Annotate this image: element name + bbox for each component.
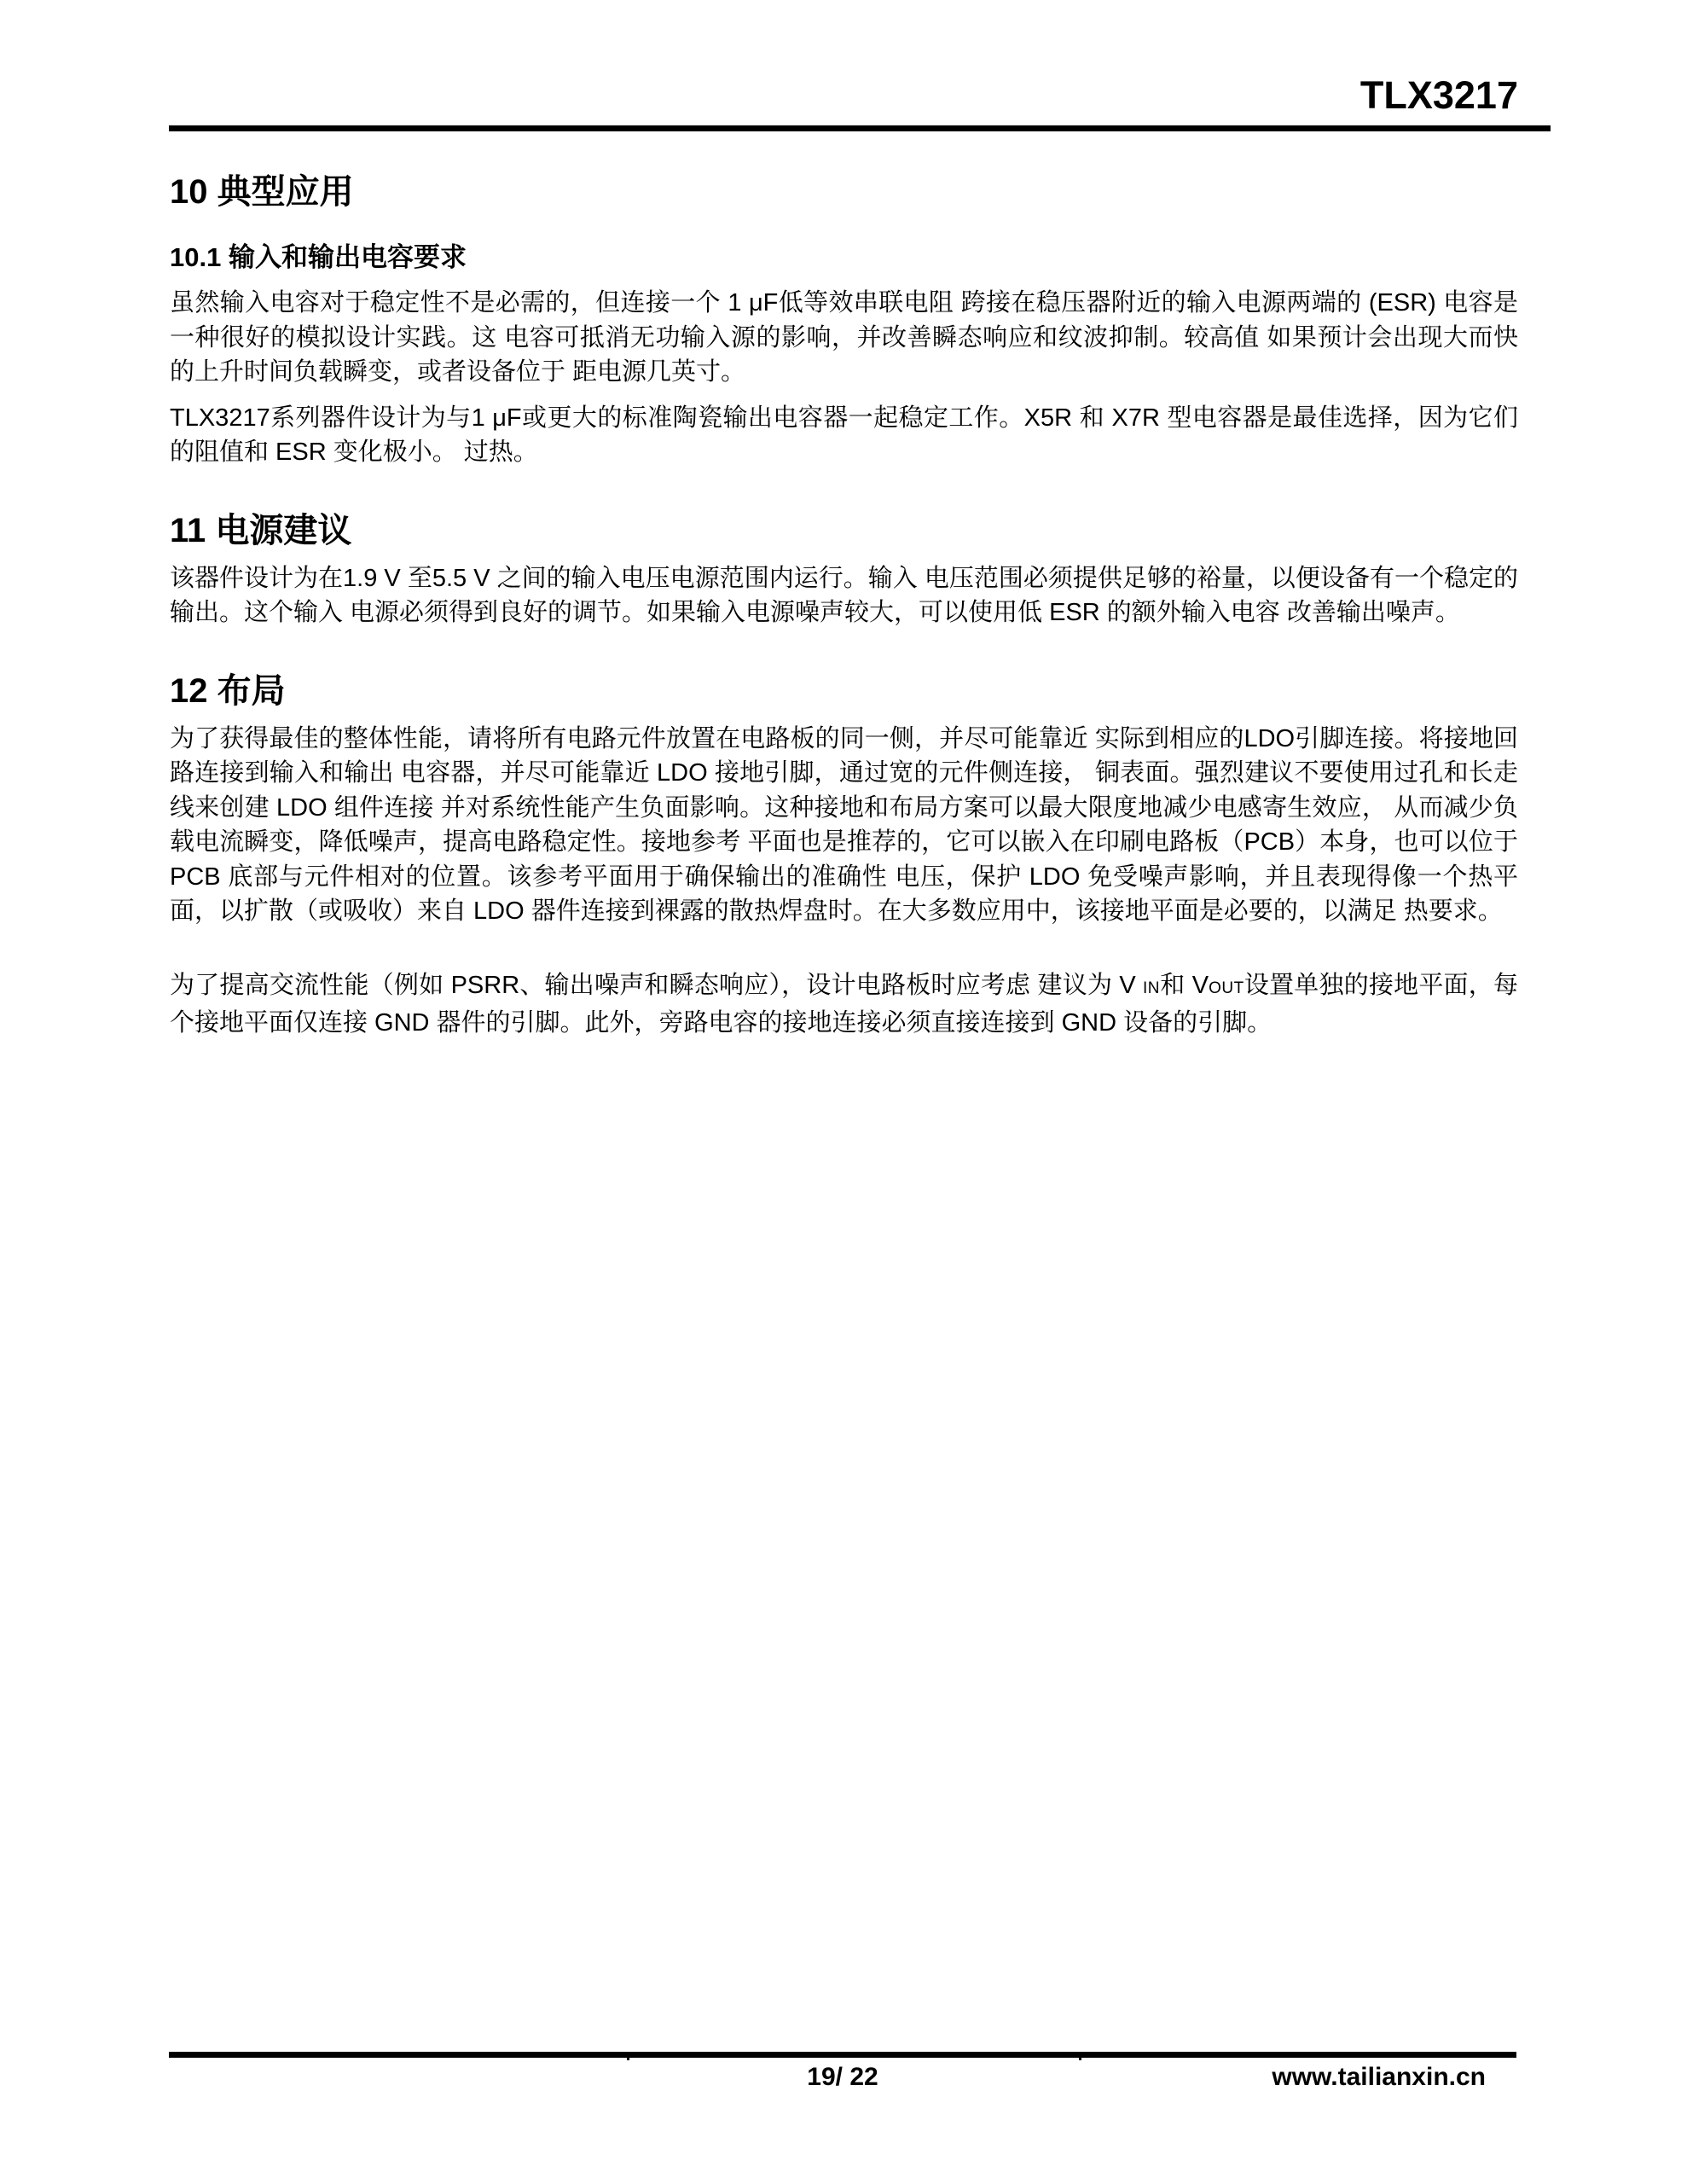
section-12-paragraph-1: 为了获得最佳的整体性能，请将所有电路元件放置在电路板的同一侧，并尽可能靠近 实际… (170, 722, 1518, 929)
header-rule (169, 125, 1551, 131)
footer-rule (169, 2052, 1516, 2058)
header-part-number: TLX3217 (170, 0, 1518, 116)
page-footer: 19/ 22 www.tailianxin.cn (0, 2052, 1687, 2095)
paragraph-text: 为了提高交流性能（例如 PSRR、输出噪声和瞬态响应），设计电路板时应考虑 建议… (170, 972, 1143, 999)
vin-subscript: IN (1143, 979, 1160, 997)
section-10-heading: 10 典型应用 (170, 172, 1518, 212)
footer-row: 19/ 22 www.tailianxin.cn (169, 2058, 1516, 2095)
section-11-heading: 11 电源建议 (170, 511, 1518, 550)
section-10-1-paragraph-1: 虽然输入电容对于稳定性不是必需的，但连接一个 1 μF低等效串联电阻 跨接在稳压… (170, 286, 1518, 390)
vout-subscript: OUT (1209, 979, 1244, 997)
section-12-paragraph-2: 为了提高交流性能（例如 PSRR、输出噪声和瞬态响应），设计电路板时应考虑 建议… (170, 968, 1518, 1041)
section-11-paragraph-1: 该器件设计为在1.9 V 至5.5 V 之间的输入电压电源范围内运行。输入 电压… (170, 561, 1518, 630)
page-content: 10 典型应用 10.1 输入和输出电容要求 虽然输入电容对于稳定性不是必需的，… (170, 172, 1518, 1041)
paragraph-text: 和 V (1160, 972, 1209, 999)
datasheet-page: TLX3217 10 典型应用 10.1 输入和输出电容要求 虽然输入电容对于稳… (0, 0, 1687, 2184)
section-10-1-paragraph-2: TLX3217系列器件设计为与1 μF或更大的标准陶瓷输出电容器一起稳定工作。X… (170, 401, 1518, 470)
website-text: www.tailianxin.cn (1272, 2063, 1486, 2092)
section-12-heading: 12 布局 (170, 671, 1518, 711)
section-10-1-heading: 10.1 输入和输出电容要求 (170, 241, 1518, 275)
